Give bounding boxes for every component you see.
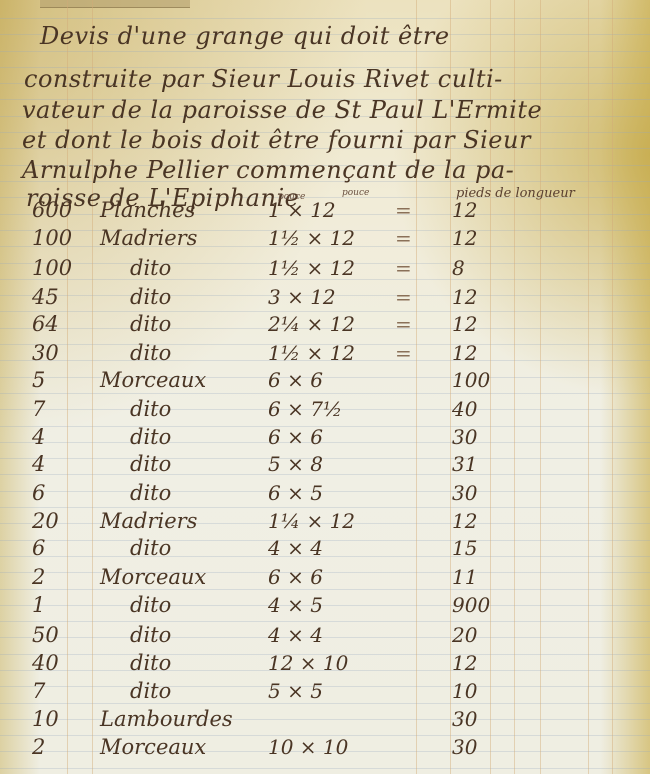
length-cell: 100 xyxy=(452,368,490,392)
quantity-cell: 20 xyxy=(32,509,59,533)
ledger-row: 40dito12 × 1012 xyxy=(0,651,650,681)
length-cell: 12 xyxy=(452,226,477,250)
ledger-row: 5Morceaux6 × 6100 xyxy=(0,368,650,398)
ledger-row: 600Planches1 × 12=12 xyxy=(0,198,650,228)
item-name-cell: dito xyxy=(130,341,171,365)
quantity-cell: 600 xyxy=(32,198,72,222)
ledger-row: 1dito4 × 5900 xyxy=(0,593,650,623)
ledger-row: 20Madriers1¼ × 1212 xyxy=(0,509,650,539)
ledger-line xyxy=(0,51,650,52)
item-name-cell: dito xyxy=(130,651,171,675)
length-cell: 40 xyxy=(452,397,477,421)
item-name-cell: dito xyxy=(130,481,171,505)
dimensions-cell: 4 × 5 xyxy=(268,593,323,617)
dimensions-cell: 4 × 4 xyxy=(268,623,323,647)
title-line-5: Arnulphe Pellier commençant de la pa- xyxy=(22,156,514,184)
length-cell: 31 xyxy=(452,452,477,476)
ledger-row: 2Morceaux6 × 611 xyxy=(0,565,650,595)
quantity-cell: 50 xyxy=(32,623,59,647)
dimensions-cell: 6 × 6 xyxy=(268,565,323,589)
dimensions-cell: 4 × 4 xyxy=(268,536,323,560)
dimensions-cell: 2¼ × 12 xyxy=(268,312,355,336)
equals-mark: = xyxy=(395,198,412,222)
ledger-row: 2Morceaux10 × 1030 xyxy=(0,735,650,765)
ledger-row: 4dito5 × 831 xyxy=(0,452,650,482)
length-cell: 10 xyxy=(452,679,477,703)
quantity-cell: 100 xyxy=(32,226,72,250)
quantity-cell: 4 xyxy=(32,425,45,449)
quantity-cell: 4 xyxy=(32,452,45,476)
length-cell: 20 xyxy=(452,623,477,647)
length-cell: 12 xyxy=(452,285,477,309)
equals-mark: = xyxy=(395,256,412,280)
ledger-row: 100dito1½ × 12=8 xyxy=(0,256,650,286)
quantity-cell: 2 xyxy=(32,735,45,759)
item-name-cell: Madriers xyxy=(100,509,197,533)
dimensions-cell: 6 × 5 xyxy=(268,481,323,505)
dimensions-cell: 3 × 12 xyxy=(268,285,336,309)
length-cell: 15 xyxy=(452,536,477,560)
ledger-row: 7dito5 × 510 xyxy=(0,679,650,709)
quantity-cell: 1 xyxy=(32,593,45,617)
quantity-cell: 40 xyxy=(32,651,59,675)
ledger-row: 45dito3 × 12=12 xyxy=(0,285,650,315)
item-name-cell: Morceaux xyxy=(100,735,206,759)
length-cell: 12 xyxy=(452,651,477,675)
quantity-cell: 6 xyxy=(32,481,45,505)
equals-mark: = xyxy=(395,226,412,250)
item-name-cell: Planches xyxy=(100,198,195,222)
item-name-cell: dito xyxy=(130,593,171,617)
length-cell: 30 xyxy=(452,735,477,759)
length-cell: 12 xyxy=(452,509,477,533)
item-name-cell: dito xyxy=(130,623,171,647)
equals-mark: = xyxy=(395,341,412,365)
title-line-1: Devis d'une grange qui doit être xyxy=(40,22,450,50)
length-cell: 900 xyxy=(452,593,490,617)
dimensions-cell: 6 × 7½ xyxy=(268,397,342,421)
ledger-row: 30dito1½ × 12=12 xyxy=(0,341,650,371)
item-name-cell: dito xyxy=(130,452,171,476)
quantity-cell: 30 xyxy=(32,341,59,365)
item-name-cell: dito xyxy=(130,285,171,309)
dimensions-cell: 1¼ × 12 xyxy=(268,509,355,533)
ledger-row: 50dito4 × 420 xyxy=(0,623,650,653)
quantity-cell: 7 xyxy=(32,679,45,703)
dimensions-cell: 10 × 10 xyxy=(268,735,348,759)
header-pouce-2: pouce xyxy=(342,188,369,198)
length-cell: 12 xyxy=(452,341,477,365)
item-name-cell: dito xyxy=(130,679,171,703)
ledger-row: 64dito2¼ × 12=12 xyxy=(0,312,650,342)
ledger-line xyxy=(0,18,650,19)
equals-mark: = xyxy=(395,285,412,309)
quantity-cell: 6 xyxy=(32,536,45,560)
quantity-cell: 45 xyxy=(32,285,59,309)
dimensions-cell: 6 × 6 xyxy=(268,368,323,392)
item-name-cell: Lambourdes xyxy=(100,707,233,731)
length-cell: 30 xyxy=(452,481,477,505)
length-cell: 12 xyxy=(452,198,477,222)
length-cell: 8 xyxy=(452,256,465,280)
item-name-cell: dito xyxy=(130,312,171,336)
dimensions-cell: 1 × 12 xyxy=(268,198,336,222)
length-cell: 12 xyxy=(452,312,477,336)
ledger-line xyxy=(0,768,650,769)
paper-tape xyxy=(40,0,190,8)
quantity-cell: 2 xyxy=(32,565,45,589)
title-line-2: construite par Sieur Louis Rivet culti- xyxy=(24,65,503,93)
ledger-row: 100Madriers1½ × 12=12 xyxy=(0,226,650,256)
item-name-cell: Morceaux xyxy=(100,368,206,392)
dimensions-cell: 1½ × 12 xyxy=(268,226,355,250)
quantity-cell: 10 xyxy=(32,707,59,731)
length-cell: 11 xyxy=(452,565,477,589)
item-name-cell: dito xyxy=(130,536,171,560)
ledger-row: 7dito6 × 7½40 xyxy=(0,397,650,427)
dimensions-cell: 1½ × 12 xyxy=(268,341,355,365)
item-name-cell: dito xyxy=(130,397,171,421)
title-line-4: et dont le bois doit être fourni par Sie… xyxy=(22,126,531,154)
quantity-cell: 100 xyxy=(32,256,72,280)
dimensions-cell: 1½ × 12 xyxy=(268,256,355,280)
ledger-row: 6dito4 × 415 xyxy=(0,536,650,566)
length-cell: 30 xyxy=(452,707,477,731)
dimensions-cell: 5 × 8 xyxy=(268,452,323,476)
title-line-3: vateur de la paroisse de St Paul L'Ermit… xyxy=(22,96,542,124)
item-name-cell: dito xyxy=(130,425,171,449)
equals-mark: = xyxy=(395,312,412,336)
item-name-cell: dito xyxy=(130,256,171,280)
dimensions-cell: 12 × 10 xyxy=(268,651,348,675)
ledger-row: 6dito6 × 530 xyxy=(0,481,650,511)
dimensions-cell: 5 × 5 xyxy=(268,679,323,703)
item-name-cell: Morceaux xyxy=(100,565,206,589)
ledger-row: 4dito6 × 630 xyxy=(0,425,650,455)
item-name-cell: Madriers xyxy=(100,226,197,250)
ledger-row: 10Lambourdes30 xyxy=(0,707,650,737)
quantity-cell: 64 xyxy=(32,312,59,336)
ledger-page: Devis d'une grange qui doit être constru… xyxy=(0,0,650,774)
dimensions-cell: 6 × 6 xyxy=(268,425,323,449)
length-cell: 30 xyxy=(452,425,477,449)
quantity-cell: 7 xyxy=(32,397,45,421)
quantity-cell: 5 xyxy=(32,368,45,392)
